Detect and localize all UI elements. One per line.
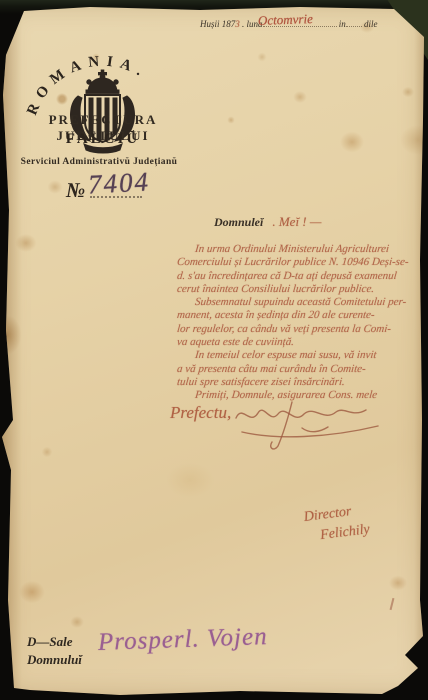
document-number-handwritten: 7404: [87, 166, 151, 200]
letter-body-line: d. s'au încredințarea că D-ta ați depusă…: [176, 270, 426, 283]
footer-dsale: D—Sale: [27, 634, 73, 650]
prefect-signature-word: Prefectu,: [170, 403, 231, 423]
dateline-month-handwritten: Octomvrie: [258, 11, 313, 29]
letter-body-line: manent, acesta în ședința din 20 ale cur…: [176, 309, 426, 322]
salutation-printed: Domnuleĭ: [214, 215, 263, 229]
director-signature: Felichily: [319, 522, 370, 544]
letter-body-line: Subsemnatul supuindu această Comitetului…: [176, 296, 426, 309]
letter-body-line: tului spre satisfacere zisei însărcinări…: [176, 376, 426, 389]
dateline-day-blank: [346, 26, 362, 27]
document-scan: Hușii 1873 . luna in dile Octomvrie ROMA…: [0, 0, 428, 700]
number-sign: №: [66, 178, 85, 203]
letter-body-line: lor regulelor, ca cându vă veți presenta…: [176, 323, 426, 336]
director-block: Director Felichily: [303, 502, 371, 546]
dateline-place: Hușii 187: [200, 19, 235, 29]
letterhead-county: FALCIŬ: [18, 131, 188, 148]
letter-body: In urma Ordinului Ministerului Agricultu…: [177, 243, 426, 403]
footer-domnului: Domnuluĭ: [27, 652, 82, 668]
letter-body-line: va aqueta este de cuviință.: [176, 336, 426, 349]
letter-body-line: a vă presenta câtu mai curându în Comite…: [176, 363, 426, 376]
paper-sheet: Hușii 1873 . luna in dile Octomvrie ROMA…: [0, 0, 428, 700]
addressee-name-handwritten: Prosperl. Vojen: [98, 623, 268, 657]
dateline-in-label: in: [339, 19, 346, 29]
letterhead-service: Serviciul Administrativŭ Județianŭ: [10, 157, 188, 167]
dateline: Hușii 1873 . luna in dile Octomvrie: [200, 19, 385, 37]
dateline-separator: .: [242, 19, 244, 29]
dateline-year-handwritten: 3: [235, 19, 240, 29]
prefect-signature-flourish: [232, 398, 392, 450]
salutation-handwritten: . Meĭ ! —: [272, 214, 321, 229]
letter-body-line: In urma Ordinului Ministerului Agricultu…: [176, 243, 426, 256]
letter-body-line: Comerciului și Lucrărilor publice N. 109…: [176, 256, 426, 269]
salutation: Domnuleĭ . Meĭ ! —: [214, 214, 321, 230]
letter-body-line: In temeiul celor espuse mai susu, vă inv…: [176, 349, 426, 362]
dateline-dile-label: dile: [364, 19, 378, 29]
letter-body-line: cerut înaintea Consiliului lucrărilor pu…: [176, 283, 426, 296]
document-number-row: № 7404: [66, 174, 196, 210]
stray-pen-mark: [390, 598, 395, 610]
